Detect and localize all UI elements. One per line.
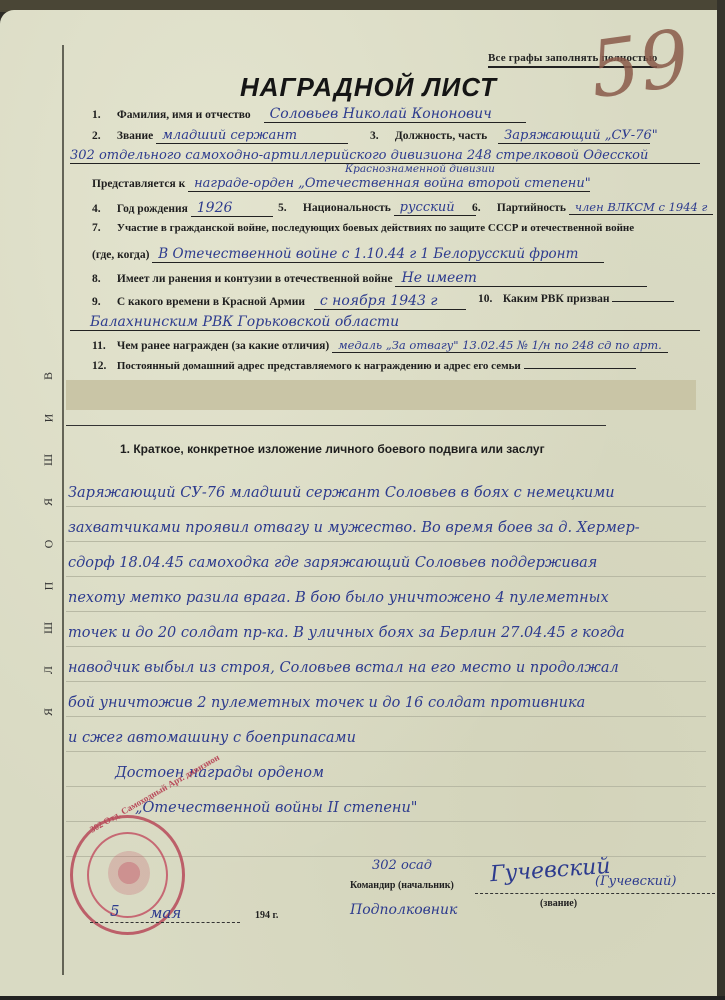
- recommendation-line: Достоен награды орденом: [115, 765, 324, 781]
- field-army-since: 9. С какого времени в Красной Армии с но…: [92, 293, 466, 310]
- commander-label: Командир (начальник): [350, 880, 454, 891]
- recommendation-order-line: „Отечественной войны II степени": [135, 800, 417, 816]
- field-label: Каким РВК призван: [503, 293, 610, 305]
- previous-awards-value: медаль „За отвагу" 13.02.45 № 1/н по 248…: [332, 338, 668, 353]
- ruled-line: [66, 576, 706, 577]
- ruled-line: [66, 506, 706, 507]
- full-name-value: Соловьев Николай Кононович: [264, 106, 526, 123]
- field-full-name: 1. Фамилия, имя и отчество Соловьев Нико…: [92, 106, 526, 123]
- page-bottom-edge: [0, 996, 725, 1000]
- field-wounds: 8. Имеет ли ранения и контузии в отечест…: [92, 270, 647, 287]
- ruled-line: [66, 611, 706, 612]
- margin-letter: Ш: [27, 454, 69, 466]
- ruled-line: [66, 646, 706, 647]
- field-number: 10.: [478, 293, 500, 305]
- ruled-line: [66, 821, 706, 822]
- field-label: (где, когда): [92, 249, 149, 261]
- ruled-line: [66, 681, 706, 682]
- field-number: 7.: [92, 222, 114, 234]
- feat-text-line: Заряжающий СУ-76 младший сержант Соловье…: [68, 485, 615, 501]
- drafted-by-blank: [612, 301, 674, 302]
- feat-text-line: захватчиками проявил отвагу и мужество. …: [68, 520, 640, 536]
- party-value: член ВЛКСМ с 1944 г: [569, 200, 714, 215]
- field-label: Представляется к: [92, 178, 185, 190]
- date-line: [90, 922, 240, 923]
- margin-letter: В: [27, 372, 69, 380]
- ruled-line: [66, 541, 706, 542]
- state-emblem-icon: [108, 850, 150, 896]
- unit-handwritten: 302 осад: [372, 858, 432, 873]
- date-year: 194 г.: [255, 910, 278, 921]
- date-day: 5: [110, 902, 120, 920]
- field-war-participation: 7. Участие в гражданской войне, последую…: [92, 222, 634, 234]
- field-label: Год рождения: [117, 203, 188, 215]
- presented-for-value: награде-орден „Отечественная война второ…: [188, 176, 590, 192]
- margin-letter: Я: [27, 498, 69, 506]
- field-number: 8.: [92, 273, 114, 285]
- field-previous-awards: 11. Чем ранее награжден (за какие отличи…: [92, 338, 668, 353]
- margin-vertical-text: В И Ш Я О П Ш Л Я: [40, 355, 56, 733]
- margin-letter: О: [27, 540, 69, 549]
- field-number: 4.: [92, 203, 114, 215]
- field-number: 12.: [92, 360, 114, 372]
- field-label: Партийность: [497, 202, 566, 214]
- field-number: 2.: [92, 130, 114, 142]
- page-right-edge: [717, 0, 725, 1000]
- margin-letter: Я: [27, 708, 69, 716]
- position-value: Заряжающий „СУ-76": [498, 128, 650, 144]
- field-label: Фамилия, имя и отчество: [117, 109, 251, 121]
- field-label: Постоянный домашний адрес представляемог…: [117, 360, 521, 372]
- commander-name: (Гучевский): [595, 874, 676, 889]
- section-divider: [66, 425, 606, 426]
- war-participation-value: В Отечественной войне с 1.10.44 г 1 Бело…: [152, 246, 604, 263]
- margin-letter: П: [27, 582, 69, 591]
- home-address-value: [524, 368, 636, 369]
- field-number: 11.: [92, 340, 114, 352]
- feat-text-line: и сжег автомашину с боеприпасами: [68, 730, 356, 746]
- field-home-address: 12. Постоянный домашний адрес представля…: [92, 360, 636, 372]
- feat-text-line: точек и до 20 солдат пр-ка. В уличных бо…: [68, 625, 625, 641]
- field-label: Звание: [117, 130, 153, 142]
- nationality-value: русский: [394, 200, 476, 216]
- field-label: Национальность: [303, 202, 391, 214]
- field-position: 3. Должность, часть Заряжающий „СУ-76": [370, 128, 650, 144]
- field-nationality: 5. Национальность русский: [278, 200, 476, 216]
- field-rank: 2. Звание младший сержант: [92, 128, 348, 144]
- unit-value-subline: Краснознаменной дивизии: [345, 163, 495, 175]
- wounds-value: Не имеет: [395, 270, 647, 287]
- section-title-feat-description: 1. Краткое, конкретное изложение личного…: [120, 442, 545, 456]
- document-title: НАГРАДНОЙ ЛИСТ: [240, 72, 497, 103]
- redacted-address-area: [66, 380, 696, 410]
- archive-number: 59: [584, 14, 695, 117]
- rank-value: младший сержант: [156, 128, 348, 144]
- feat-text-line: наводчик выбыл из строя, Соловьев встал …: [68, 660, 619, 676]
- field-number: 3.: [370, 130, 392, 142]
- date-month: мая: [150, 904, 181, 922]
- field-number: 5.: [278, 202, 300, 214]
- field-label: Участие в гражданской войне, последующих…: [117, 222, 634, 234]
- field-label: Должность, часть: [395, 130, 487, 142]
- field-label: С какого времени в Красной Армии: [117, 296, 305, 308]
- feat-text-line: сдорф 18.04.45 самоходка где заряжающий …: [68, 555, 597, 571]
- army-since-value: с ноября 1943 г: [314, 293, 466, 310]
- margin-letter: И: [27, 414, 69, 423]
- birth-year-value: 1926: [191, 200, 273, 217]
- binding-margin-line: [62, 45, 64, 975]
- field-number: 1.: [92, 109, 114, 121]
- field-drafted-by: 10. Каким РВК призван: [478, 293, 674, 305]
- field-birth-year: 4. Год рождения 1926: [92, 200, 273, 217]
- feat-text-line: пехоту метко разила врага. В бою было ун…: [68, 590, 609, 606]
- field-presented-for: Представляется к награде-орден „Отечеств…: [92, 176, 590, 192]
- field-war-participation-value: (где, когда) В Отечественной войне с 1.1…: [92, 246, 604, 263]
- field-number: 9.: [92, 296, 114, 308]
- feat-text-line: бой уничтожив 2 пулеметных точек и до 16…: [68, 695, 585, 711]
- margin-letter: Л: [27, 666, 69, 674]
- field-label: Чем ранее награжден (за какие отличия): [117, 340, 329, 352]
- drafted-by-value: Балахнинским РВК Горьковской области: [70, 314, 700, 331]
- signature-line: [475, 893, 715, 894]
- field-party: 6. Партийность член ВЛКСМ с 1944 г: [472, 200, 713, 215]
- commander-rank: Подполковник: [350, 902, 457, 918]
- margin-letter: Ш: [27, 622, 69, 634]
- rank-label: (звание): [540, 898, 577, 909]
- field-label: Имеет ли ранения и контузии в отечествен…: [117, 273, 393, 285]
- unit-value: 302 отдельного самоходно-артиллерийского…: [70, 148, 700, 164]
- field-number: 6.: [472, 202, 494, 214]
- ruled-line: [66, 716, 706, 717]
- ruled-line: [66, 751, 706, 752]
